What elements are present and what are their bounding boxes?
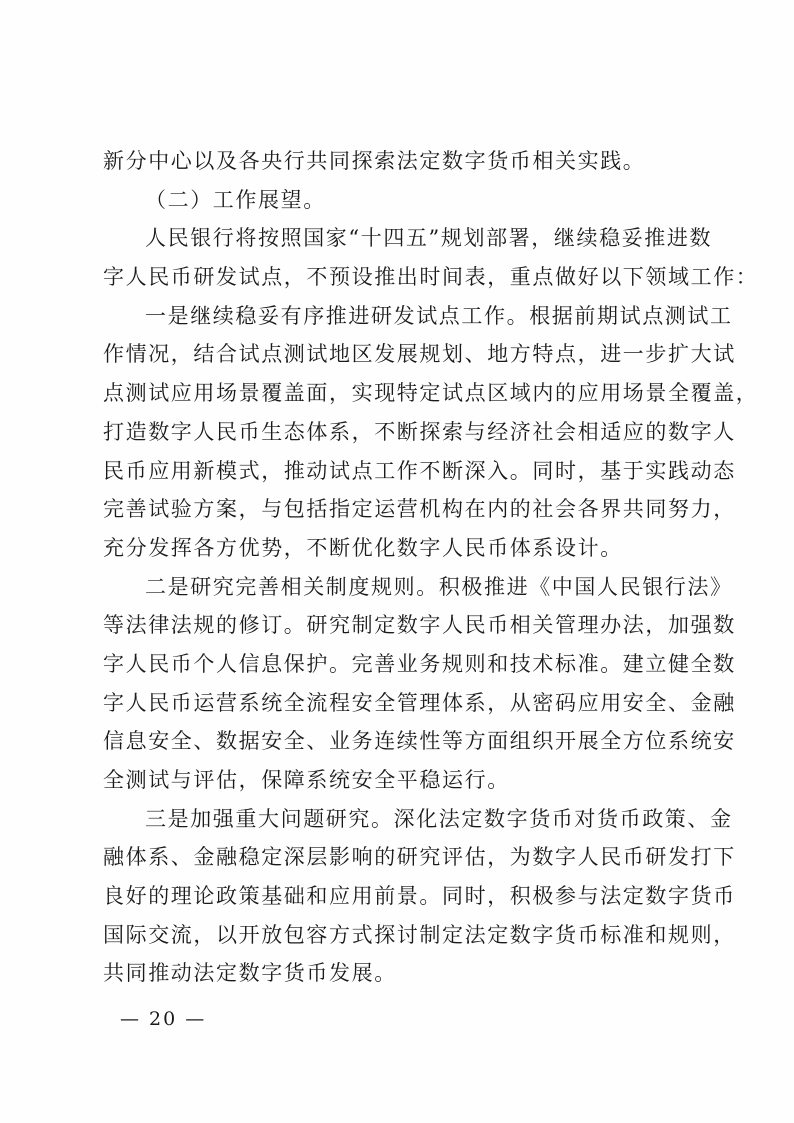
text-line: 新分中心以及各央行共同探索法定数字货币相关实践。: [103, 142, 695, 181]
text-line: 民币应用新模式，推动试点工作不断深入。同时，基于实践动态: [103, 452, 695, 491]
text-line: 国际交流，以开放包容方式探讨制定法定数字货币标准和规则，: [103, 916, 695, 955]
body-text: 新分中心以及各央行共同探索法定数字货币相关实践。（二）工作展望。人民银行将按照国…: [103, 142, 695, 993]
text-line: 全测试与评估，保障系统安全平稳运行。: [103, 761, 695, 800]
text-line: 信息安全、数据安全、业务连续性等方面组织开展全方位系统安: [103, 722, 695, 761]
text-line: 作情况，结合试点测试地区发展规划、地方特点，进一步扩大试: [103, 335, 695, 374]
paragraph-first-line: 一是继续稳妥有序推进研发试点工作。根据前期试点测试工: [103, 297, 695, 336]
text-line: 良好的理论政策基础和应用前景。同时，积极参与法定数字货币: [103, 877, 695, 916]
text-line: 等法律法规的修订。研究制定数字人民币相关管理办法，加强数: [103, 606, 695, 645]
text-line: 融体系、金融稳定深层影响的研究评估，为数字人民币研发打下: [103, 838, 695, 877]
text-line: 字人民币研发试点，不预设推出时间表，重点做好以下领域工作：: [103, 258, 695, 297]
text-line: 完善试验方案，与包括指定运营机构在内的社会各界共同努力，: [103, 490, 695, 529]
paragraph-first-line: 二是研究完善相关制度规则。积极推进《中国人民银行法》: [103, 568, 695, 607]
text-line: 充分发挥各方优势，不断优化数字人民币体系设计。: [103, 529, 695, 568]
text-line: 字人民币个人信息保护。完善业务规则和技术标准。建立健全数: [103, 645, 695, 684]
paragraph-first-line: （二）工作展望。: [103, 181, 695, 220]
text-line: 字人民币运营系统全流程安全管理体系，从密码应用安全、金融: [103, 684, 695, 723]
text-line: 点测试应用场景覆盖面，实现特定试点区域内的应用场景全覆盖，: [103, 374, 695, 413]
page-number: — 20 —: [120, 1008, 206, 1030]
text-line: 打造数字人民币生态体系，不断探索与经济社会相适应的数字人: [103, 413, 695, 452]
text-line: 共同推动法定数字货币发展。: [103, 954, 695, 993]
paragraph-first-line: 人民银行将按照国家“十四五”规划部署，继续稳妥推进数: [103, 219, 695, 258]
document-page: 新分中心以及各央行共同探索法定数字货币相关实践。（二）工作展望。人民银行将按照国…: [0, 0, 794, 1123]
paragraph-first-line: 三是加强重大问题研究。深化法定数字货币对货币政策、金: [103, 800, 695, 839]
